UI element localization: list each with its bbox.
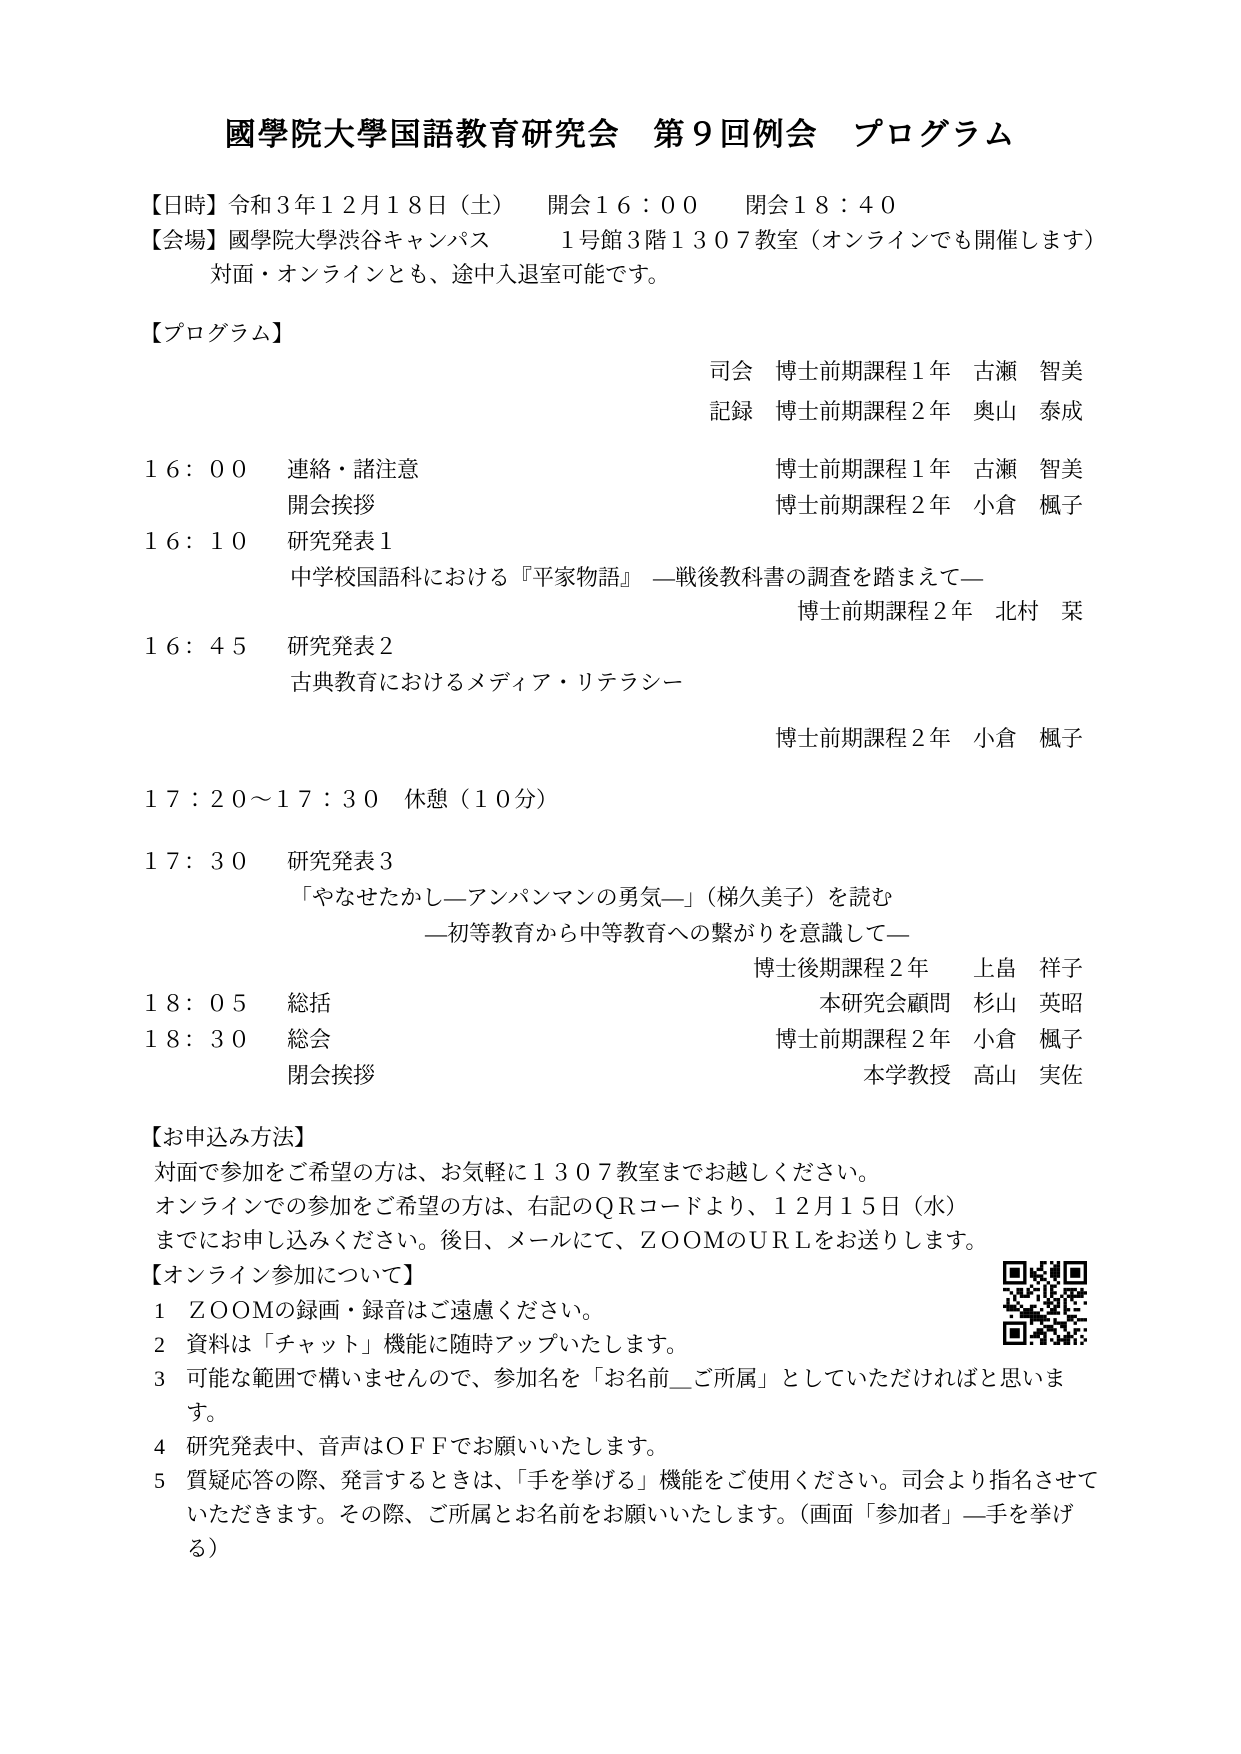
time-cell: １８：３０	[140, 1022, 287, 1058]
break-line: １７：２０～１７：３０ 休憩（１０分）	[140, 782, 1101, 818]
datetime-value: 令和３年１２月１８日（土） 開会１６：００ 閉会１８：４０	[228, 188, 1101, 223]
rule-number: 4	[140, 1430, 186, 1464]
rule-text: ＺＯＯＭの録画・録音はご遠慮ください。	[186, 1294, 1101, 1328]
schedule-row: １６：００ 連絡・諸注意 博士前期課程１年 古瀬 智美	[140, 452, 1101, 488]
event-label: 総括	[287, 986, 819, 1022]
online-rule-item: 2 資料は「チャット」機能に随時アップいたします。	[140, 1328, 1101, 1362]
presenter-line: 博士前期課程２年 小倉 楓子	[140, 722, 1101, 756]
program-schedule: １６：００ 連絡・諸注意 博士前期課程１年 古瀬 智美 開会挨拶 博士前期課程２…	[140, 452, 1101, 1094]
schedule-row: １６：１０ 研究発表１	[140, 524, 1101, 560]
rule-number: 5	[140, 1464, 186, 1566]
presenter-cell	[1083, 524, 1101, 560]
rule-number: 1	[140, 1294, 186, 1328]
event-label: 開会挨拶	[287, 488, 775, 524]
presentation-title: 中学校国語科における『平家物語』 ―戦後教科書の調査を踏まえて―	[140, 560, 1101, 595]
online-rule-item: 1 ＺＯＯＭの録画・録音はご遠慮ください。	[140, 1294, 1101, 1328]
staff-line-moderator: 司会 博士前期課程１年 古瀬 智美	[140, 352, 1101, 392]
time-cell: １６：４５	[140, 629, 287, 665]
program-heading: 【プログラム】	[140, 316, 1101, 352]
presentation-title: 「やなせたかし―アンパンマンの勇気―」（梯久美子）を読む	[140, 880, 1101, 915]
time-cell: １６：１０	[140, 524, 287, 560]
time-cell: １８：０５	[140, 986, 287, 1022]
venue-note: 対面・オンラインとも、途中入退室可能です。	[140, 258, 1101, 292]
document-page: 國學院大學国語教育研究会 第９回例会 プログラム 【日時】 令和３年１２月１８日…	[0, 0, 1241, 1754]
online-heading: 【オンライン参加について】	[140, 1258, 1101, 1294]
application-section: 【お申込み方法】 対面で参加をご希望の方は、お気軽に１３０７教室までお越しくださ…	[140, 1120, 1101, 1258]
datetime-row: 【日時】 令和３年１２月１８日（土） 開会１６：００ 閉会１８：４０	[140, 188, 1101, 223]
application-line: オンラインでの参加をご希望の方は、右記のＱＲコードより、１２月１５日（水）	[140, 1190, 1101, 1224]
venue-row: 【会場】 國學院大學渋谷キャンパス １号館３階１３０７教室（オンラインでも開催し…	[140, 223, 1101, 258]
presenter-cell: 本研究会顧問 杉山 英昭	[819, 986, 1101, 1022]
qr-code-icon	[1003, 1261, 1087, 1345]
event-label: 研究発表２	[287, 629, 1083, 665]
schedule-row: １６：４５ 研究発表２	[140, 629, 1101, 665]
schedule-row: 開会挨拶 博士前期課程２年 小倉 楓子	[140, 488, 1101, 524]
presentation-title: 古典教育におけるメディア・リテラシー	[140, 665, 1101, 700]
application-heading: 【お申込み方法】	[140, 1120, 1101, 1156]
event-label: 連絡・諸注意	[287, 452, 775, 488]
schedule-row: １８：０５ 総括 本研究会顧問 杉山 英昭	[140, 986, 1101, 1022]
venue-value: 國學院大學渋谷キャンパス １号館３階１３０７教室（オンラインでも開催します）	[228, 223, 1101, 258]
presenter-cell	[1083, 629, 1101, 665]
time-cell	[140, 1058, 287, 1094]
rule-text: 研究発表中、音声はＯＦＦでお願いいたします。	[186, 1430, 1101, 1464]
schedule-row: １８：３０ 総会 博士前期課程２年 小倉 楓子	[140, 1022, 1101, 1058]
presenter-cell: 博士前期課程２年 小倉 楓子	[775, 488, 1101, 524]
event-label: 総会	[287, 1022, 775, 1058]
presenter-cell: 本学教授 高山 実佐	[863, 1058, 1101, 1094]
presenter-cell	[1083, 844, 1101, 880]
online-rule-item: 3 可能な範囲で構いませんので、参加名を「お名前＿ご所属」としていただければと思…	[140, 1362, 1101, 1430]
event-label: 研究発表３	[287, 844, 1083, 880]
rule-text: 質疑応答の際、発言するときは、「手を挙げる」機能をご使用ください。司会より指名さ…	[186, 1464, 1101, 1566]
staff-line-recorder: 記録 博士前期課程２年 奥山 泰成	[140, 392, 1101, 432]
event-label: 研究発表１	[287, 524, 1083, 560]
online-rule-item: 5 質疑応答の際、発言するときは、「手を挙げる」機能をご使用ください。司会より指…	[140, 1464, 1101, 1566]
rule-number: 3	[140, 1362, 186, 1430]
time-cell: １７：３０	[140, 844, 287, 880]
page-title: 國學院大學国語教育研究会 第９回例会 プログラム	[140, 112, 1101, 158]
time-cell: １６：００	[140, 452, 287, 488]
schedule-row: １７：３０ 研究発表３	[140, 844, 1101, 880]
presenter-cell: 博士前期課程１年 古瀬 智美	[775, 452, 1101, 488]
presenter-cell: 博士前期課程２年 小倉 楓子	[775, 1022, 1101, 1058]
rule-number: 2	[140, 1328, 186, 1362]
presentation-subtitle: ―初等教育から中等教育への繋がりを意識して―	[140, 915, 1101, 952]
presenter-line: 博士後期課程２年 上畠 祥子	[140, 952, 1101, 986]
event-label: 閉会挨拶	[287, 1058, 863, 1094]
rule-text: 資料は「チャット」機能に随時アップいたします。	[186, 1328, 1101, 1362]
venue-label: 【会場】	[140, 223, 228, 258]
time-cell	[140, 488, 287, 524]
schedule-row: 閉会挨拶 本学教授 高山 実佐	[140, 1058, 1101, 1094]
online-section: 【オンライン参加について】 1 ＺＯＯＭの録画・録音はご遠慮ください。 2 資料…	[140, 1258, 1101, 1566]
online-rule-item: 4 研究発表中、音声はＯＦＦでお願いいたします。	[140, 1430, 1101, 1464]
presenter-line: 博士前期課程２年 北村 栞	[140, 595, 1101, 629]
application-line: までにお申し込みください。後日、メールにて、ＺＯＯＭのＵＲＬをお送りします。	[140, 1224, 1101, 1258]
rule-text: 可能な範囲で構いませんので、参加名を「お名前＿ご所属」としていただければと思いま…	[186, 1362, 1101, 1430]
datetime-label: 【日時】	[140, 188, 228, 223]
application-line: 対面で参加をご希望の方は、お気軽に１３０７教室までお越しください。	[140, 1156, 1101, 1190]
